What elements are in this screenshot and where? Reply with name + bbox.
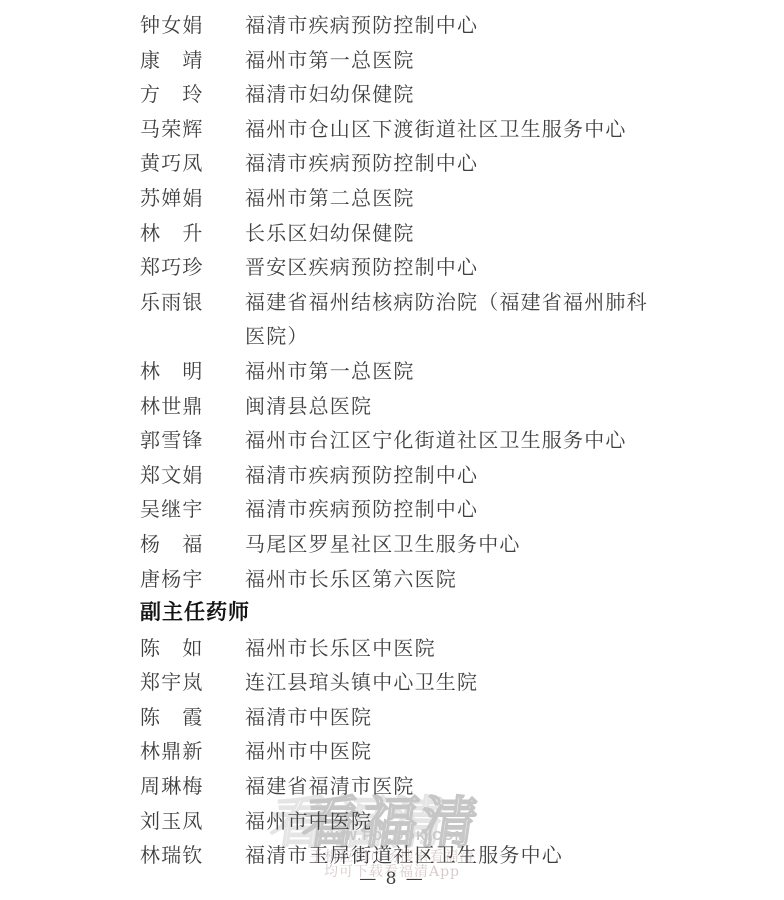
person-name: 马荣辉: [140, 112, 206, 147]
person-name: 林世鼎: [140, 389, 206, 424]
section-header-title: 副主任药师: [140, 596, 670, 631]
document-page: 看福清 看福清 WWW.FOLOOK.COM 手机应用市场搜索看福清 均可下载看…: [0, 0, 784, 900]
person-name: 郭雪锋: [140, 423, 206, 458]
roster-row: 周琳梅 福建省福清市医院: [140, 769, 670, 804]
person-name: 陈 如: [140, 631, 206, 666]
person-name: 吴继宇: [140, 492, 206, 527]
person-name: 唐杨宇: [140, 562, 206, 597]
institution-name: 福清市疾病预防控制中心: [245, 8, 478, 43]
person-name: 方 玲: [140, 77, 206, 112]
roster-row: 陈 霞 福清市中医院: [140, 700, 670, 735]
person-name: 黄巧凤: [140, 146, 206, 181]
page-number: — 8 —: [0, 869, 784, 889]
institution-name: 晋安区疾病预防控制中心: [245, 250, 478, 285]
person-name: 林 升: [140, 216, 206, 251]
person-name: 苏婵娟: [140, 181, 206, 216]
roster-row: 林世鼎 闽清县总医院: [140, 389, 670, 424]
institution-name: 福州市长乐区第六医院: [245, 562, 457, 597]
institution-name: 福州市中医院: [245, 804, 372, 839]
person-name: 郑文娟: [140, 458, 206, 493]
roster-row: 刘玉凤 福州市中医院: [140, 804, 670, 839]
person-name: 康 靖: [140, 43, 206, 78]
roster-row: 郑巧珍 晋安区疾病预防控制中心: [140, 250, 670, 285]
person-name: 郑宇岚: [140, 665, 206, 700]
roster-row: 康 靖 福州市第一总医院: [140, 43, 670, 78]
institution-name: 福州市中医院: [245, 734, 372, 769]
roster-row: 唐杨宇 福州市长乐区第六医院: [140, 562, 670, 597]
institution-name: 福清市妇幼保健院: [245, 77, 415, 112]
institution-name: 闽清县总医院: [245, 389, 372, 424]
roster-row: 郑文娟 福清市疾病预防控制中心: [140, 458, 670, 493]
roster-row: 苏婵娟 福州市第二总医院: [140, 181, 670, 216]
person-name: 乐雨银: [140, 285, 206, 320]
institution-name: 福州市长乐区中医院: [245, 631, 436, 666]
person-name: 杨 福: [140, 527, 206, 562]
person-name: 林鼎新: [140, 734, 206, 769]
roster-row: 吴继宇 福清市疾病预防控制中心: [140, 492, 670, 527]
institution-name: 福州市台江区宁化街道社区卫生服务中心: [245, 423, 627, 458]
person-name: 林 明: [140, 354, 206, 389]
roster-row: 乐雨银 福建省福州结核病防治院（福建省福州肺科医院）: [140, 285, 670, 354]
roster-row: 方 玲 福清市妇幼保健院: [140, 77, 670, 112]
institution-name: 福州市第一总医院: [245, 354, 415, 389]
institution-name: 福清市中医院: [245, 700, 372, 735]
roster-row: 黄巧凤 福清市疾病预防控制中心: [140, 146, 670, 181]
roster-row: 郑宇岚 连江县琯头镇中心卫生院: [140, 665, 670, 700]
institution-name: 福清市疾病预防控制中心: [245, 146, 478, 181]
institution-name: 福建省福清市医院: [245, 769, 415, 804]
roster-row: 马荣辉 福州市仓山区下渡街道社区卫生服务中心: [140, 112, 670, 147]
roster-row: 林 明 福州市第一总医院: [140, 354, 670, 389]
person-name: 周琳梅: [140, 769, 206, 804]
roster-row: 林 升 长乐区妇幼保健院: [140, 216, 670, 251]
roster-row: 林鼎新 福州市中医院: [140, 734, 670, 769]
institution-name: 福清市疾病预防控制中心: [245, 458, 478, 493]
roster-row: 郭雪锋 福州市台江区宁化街道社区卫生服务中心: [140, 423, 670, 458]
person-name: 刘玉凤: [140, 804, 206, 839]
roster-row: 林瑞钦 福清市玉屏街道社区卫生服务中心: [140, 838, 670, 873]
person-name: 林瑞钦: [140, 838, 206, 873]
institution-name: 福建省福州结核病防治院（福建省福州肺科医院）: [245, 285, 657, 354]
person-name: 钟女娟: [140, 8, 206, 43]
institution-name: 福州市第二总医院: [245, 181, 415, 216]
roster-row: 陈 如 福州市长乐区中医院: [140, 631, 670, 666]
institution-name: 连江县琯头镇中心卫生院: [245, 665, 478, 700]
roster-row: 钟女娟 福清市疾病预防控制中心: [140, 8, 670, 43]
institution-name: 福州市第一总医院: [245, 43, 415, 78]
institution-name: 福州市仓山区下渡街道社区卫生服务中心: [245, 112, 627, 147]
institution-name: 长乐区妇幼保健院: [245, 216, 415, 251]
institution-name: 福清市疾病预防控制中心: [245, 492, 478, 527]
roster-row: 杨 福 马尾区罗星社区卫生服务中心: [140, 527, 670, 562]
person-name: 郑巧珍: [140, 250, 206, 285]
roster-list: 钟女娟 福清市疾病预防控制中心 康 靖 福州市第一总医院 方 玲 福清市妇幼保健…: [140, 8, 670, 873]
institution-name: 福清市玉屏街道社区卫生服务中心: [245, 838, 563, 873]
institution-name: 马尾区罗星社区卫生服务中心: [245, 527, 521, 562]
person-name: 陈 霞: [140, 700, 206, 735]
